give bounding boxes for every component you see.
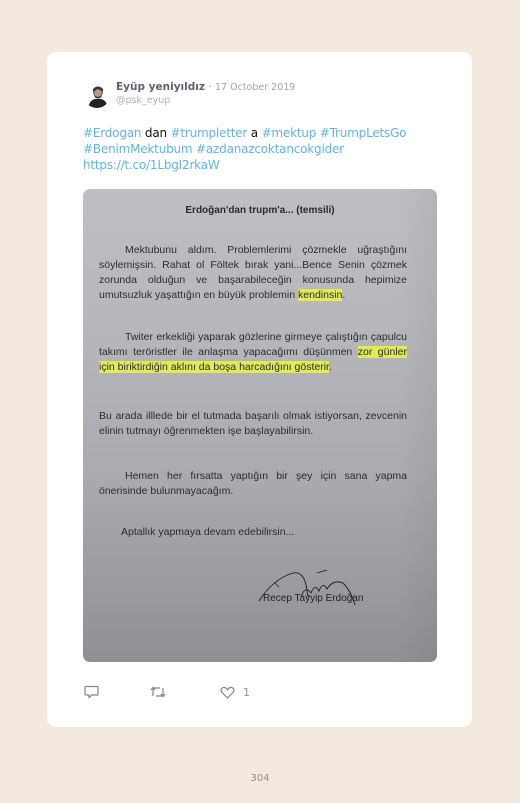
hashtag-link[interactable]: #mektup [262, 126, 317, 140]
tweet-text-fragment: dan [141, 126, 170, 140]
tweet-text-fragment: a [247, 126, 261, 140]
tweet-photo[interactable]: Erdoğan'dan trupm'a... (temsili) Mektubu… [83, 189, 437, 662]
separator: · [208, 81, 211, 93]
hashtag-link[interactable]: #trumpletter [171, 126, 248, 140]
hashtag-link[interactable]: #BenimMektubum [83, 142, 192, 156]
letter-closing: Aptallık yapmaya devam edebilirsin... [121, 526, 294, 538]
heart-icon [220, 686, 235, 699]
author-name[interactable]: Eyüp yeniyıldız [116, 81, 205, 93]
letter-paragraph: Twiter erkekliği yaparak gözlerine girme… [99, 330, 407, 375]
highlighted-text: kendinsin [298, 289, 342, 301]
page-number: 304 [0, 773, 520, 784]
avatar[interactable] [84, 82, 110, 108]
tweet-date[interactable]: 17 October 2019 [215, 82, 295, 93]
tweet-card: Eyüp yeniyıldız · 17 October 2019 @psk_e… [47, 52, 472, 727]
like-button[interactable]: 1 [220, 682, 250, 702]
letter-paragraph: Bu arada illlede bir el tutmada başarılı… [99, 409, 407, 439]
retweet-icon [150, 685, 166, 699]
tweet-actions: 1 [84, 682, 284, 702]
url-link[interactable]: https://t.co/1LbgI2rkaW [83, 158, 220, 172]
letter-paragraph: Mektubunu aldım. Problemlerimi çözmekle … [99, 243, 407, 303]
tweet-text: #Erdogan dan #trumpletter a #mektup #Tru… [83, 125, 443, 173]
hashtag-link[interactable]: #TrumpLetsGo [320, 126, 407, 140]
letter-document: Erdoğan'dan trupm'a... (temsili) Mektubu… [83, 189, 437, 662]
retweet-button[interactable] [150, 682, 166, 702]
signature-name: Recep Tayyip Erdoğan [263, 593, 363, 604]
hashtag-link[interactable]: #Erdogan [83, 126, 141, 140]
hashtag-link[interactable]: #azdanazcoktancokgider [196, 142, 344, 156]
reply-button[interactable] [84, 682, 99, 702]
letter-title: Erdoğan'dan trupm'a... (temsili) [83, 205, 437, 216]
like-count: 1 [243, 686, 250, 699]
author-line: Eyüp yeniyıldız · 17 October 2019 [116, 80, 295, 95]
author-handle[interactable]: @psk_eyup [116, 94, 170, 107]
letter-paragraph: Hemen her fırsatta yaptığın bir şey için… [99, 469, 407, 499]
signature-scribble [253, 561, 393, 621]
reply-icon [84, 685, 99, 699]
